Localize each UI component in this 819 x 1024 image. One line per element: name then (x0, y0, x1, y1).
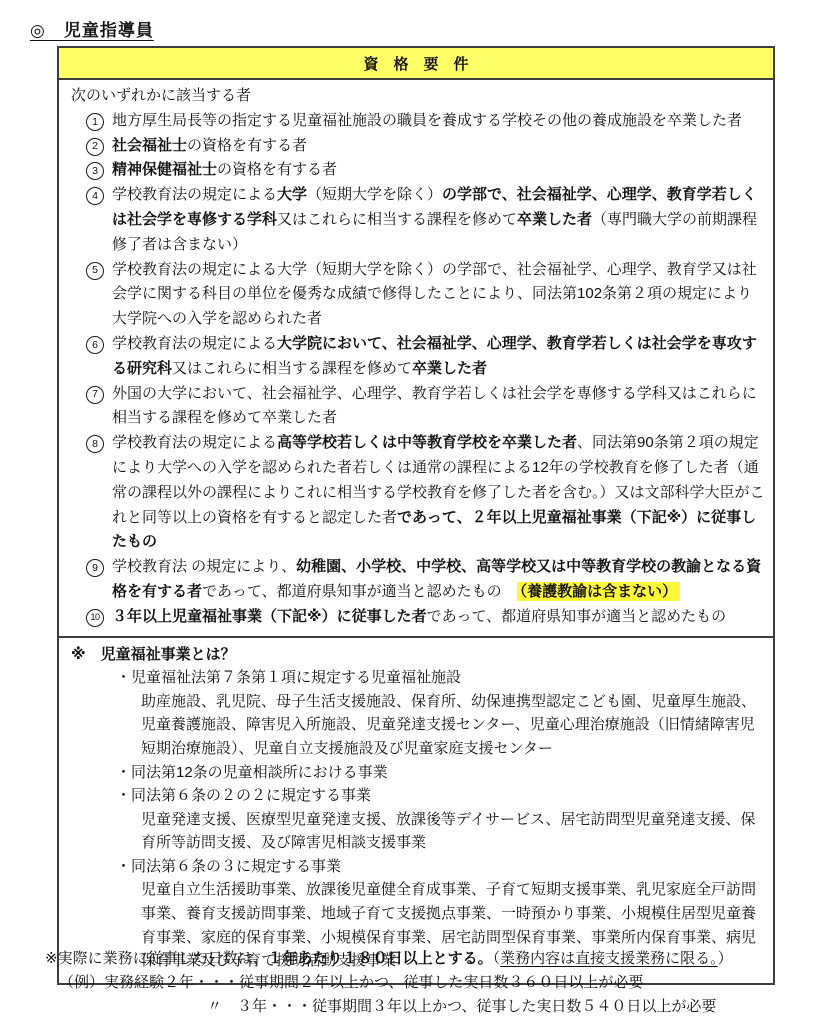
qualification-item: 4 学校教育法の規定による大学（短期大学を除く）の学部で、社会福祉学、心理学、教… (71, 183, 765, 257)
footer-note-main: ※実際に業務に従事した日数は、１年あたり１８０日以上とする。（業務内容は直接支援… (45, 947, 785, 971)
note-entry: ・同法第６条の２の２に規定する事業 児童発達支援、医療型児童発達支援、放課後等デ… (71, 784, 767, 855)
note-entry-detail: 助産施設、乳児院、母子生活支援施設、保育所、幼保連携型認定こども園、児童厚生施設… (71, 690, 767, 761)
qualification-item: 7 外国の大学において、社会福祉学、心理学、教育学若しくは社会学を専修する学科又… (71, 382, 765, 432)
item-number-circle: 7 (86, 386, 104, 404)
item-number-circle: 6 (86, 336, 104, 354)
item-number-circle: 5 (86, 262, 104, 280)
qualification-item: 10 ３年以上児童福祉事業（下記※）に従事した者であって、都道府県知事が適当と認… (71, 605, 765, 630)
item-text: 学校教育法 の規定により、幼稚園、小学校、中学校、高等学校又は中等教育学校の教諭… (112, 555, 765, 605)
item-text: 学校教育法の規定による大学（短期大学を除く）の学部で、社会福祉学、心理学、教育学… (112, 258, 765, 332)
item-number-circle: 4 (86, 187, 104, 205)
item-text: 精神保健福祉士の資格を有する者 (112, 158, 765, 183)
note-heading: ※ 児童福祉事業とは？ (71, 643, 767, 667)
footer-example-1: （例）実務経験２年・・・従事期間２年以上かつ、従事した実日数３６０日以上が必要 (45, 971, 785, 995)
note-entry: ・児童福祉法第７条第１項に規定する児童福祉施設 助産施設、乳児院、母子生活支援施… (71, 666, 767, 760)
item-number-circle: 10 (86, 609, 104, 627)
note-entry: ・同法第12条の児童相談所における事業 (71, 761, 767, 785)
item-text: 地方厚生局長等の指定する児童福祉施設の職員を養成する学校その他の養成施設を卒業し… (112, 109, 765, 134)
qualification-item: 6 学校教育法の規定による大学院において、社会福祉学、心理学、教育学若しくは社会… (71, 332, 765, 382)
item-number-circle: 1 (86, 113, 104, 131)
qualification-item: 8 学校教育法の規定による高等学校若しくは中等教育学校を卒業した者、同法第90条… (71, 431, 765, 555)
page-title: ◎ 児童指導員 (30, 16, 154, 41)
note-entry-label: ・児童福祉法第７条第１項に規定する児童福祉施設 (71, 666, 767, 690)
note-entries: ・児童福祉法第７条第１項に規定する児童福祉施設 助産施設、乳児院、母子生活支援施… (71, 666, 767, 973)
item-number-circle: 8 (86, 435, 104, 453)
note-entry-detail: 児童発達支援、医療型児童発達支援、放課後等デイサービス、居宅訪問型児童発達支援、… (71, 808, 767, 855)
table-header: 資 格 要 件 (59, 48, 773, 80)
qualification-list: 1 地方厚生局長等の指定する児童福祉施設の職員を養成する学校その他の養成施設を卒… (71, 109, 765, 630)
item-text: 学校教育法の規定による大学院において、社会福祉学、心理学、教育学若しくは社会学を… (112, 332, 765, 382)
footer-notes: ※実際に業務に従事した日数は、１年あたり１８０日以上とする。（業務内容は直接支援… (45, 947, 785, 1019)
footer-example-2: 〃 ３年・・・従事期間３年以上かつ、従事した実日数５４０日以上が必要 (45, 995, 785, 1019)
qualification-item: 2 社会福祉士の資格を有する者 (71, 134, 765, 159)
item-number-circle: 9 (86, 559, 104, 577)
qualification-item: 5 学校教育法の規定による大学（短期大学を除く）の学部で、社会福祉学、心理学、教… (71, 258, 765, 332)
note-section: ※ 児童福祉事業とは？ ・児童福祉法第７条第１項に規定する児童福祉施設 助産施設… (59, 636, 773, 983)
qualification-item: 3 精神保健福祉士の資格を有する者 (71, 158, 765, 183)
qualification-item: 1 地方厚生局長等の指定する児童福祉施設の職員を養成する学校その他の養成施設を卒… (71, 109, 765, 134)
note-entry-label: ・同法第６条の２の２に規定する事業 (71, 784, 767, 808)
item-text: 社会福祉士の資格を有する者 (112, 134, 765, 159)
note-entry-label: ・同法第12条の児童相談所における事業 (71, 761, 767, 785)
qualification-requirements: 次のいずれかに該当する者 1 地方厚生局長等の指定する児童福祉施設の職員を養成す… (59, 80, 773, 636)
item-number-circle: 2 (86, 138, 104, 156)
intro-line: 次のいずれかに該当する者 (71, 84, 765, 109)
item-text: 学校教育法の規定による大学（短期大学を除く）の学部で、社会福祉学、心理学、教育学… (112, 183, 765, 257)
qualification-item: 9 学校教育法 の規定により、幼稚園、小学校、中学校、高等学校又は中等教育学校の… (71, 555, 765, 605)
item-number-circle: 3 (86, 162, 104, 180)
item-text: 外国の大学において、社会福祉学、心理学、教育学若しくは社会学を専修する学科又はこ… (112, 382, 765, 432)
note-entry-label: ・同法第６条の３に規定する事業 (71, 855, 767, 879)
qualification-table: 資 格 要 件 次のいずれかに該当する者 1 地方厚生局長等の指定する児童福祉施… (57, 46, 775, 985)
item-text: ３年以上児童福祉事業（下記※）に従事した者であって、都道府県知事が適当と認めたも… (112, 605, 765, 630)
item-text: 学校教育法の規定による高等学校若しくは中等教育学校を卒業した者、同法第90条第２… (112, 431, 765, 555)
